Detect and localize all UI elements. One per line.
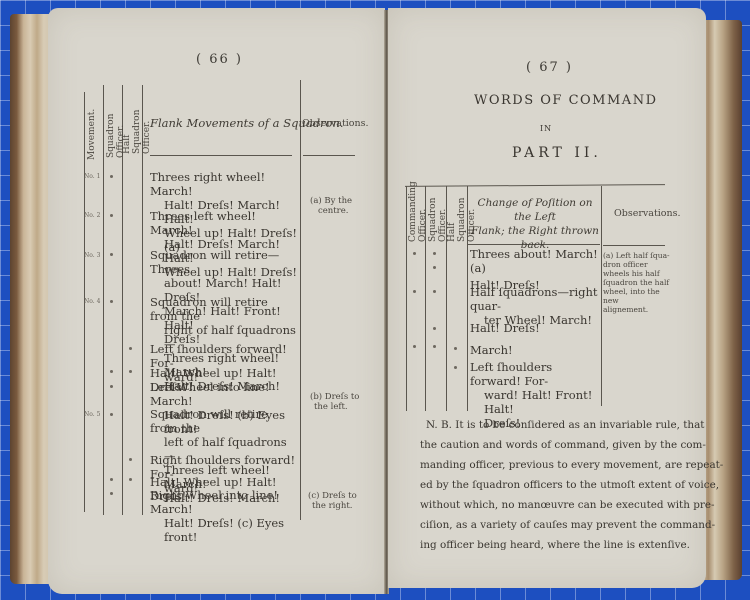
header-squadron-officer: Squadron Officer. bbox=[428, 190, 446, 242]
movement-number: No. 3 bbox=[84, 252, 100, 259]
observation-note: (b) Dreſs to the left. bbox=[310, 392, 359, 412]
right-table-rule bbox=[406, 186, 407, 411]
squadron-officer-mark bbox=[433, 252, 436, 255]
squadron-officer-mark bbox=[110, 370, 113, 373]
half-squadron-officer-mark bbox=[454, 347, 457, 350]
movement-number: No. 1 bbox=[84, 173, 100, 180]
command-line: Squadron will retire—Threes bbox=[150, 248, 279, 276]
squadron-officer-mark bbox=[433, 290, 436, 293]
right-header-rule bbox=[603, 245, 665, 246]
movement-number: No. 4 bbox=[84, 298, 100, 305]
note-line: centre. bbox=[310, 206, 352, 216]
paragraph-line: manding officer, previous to every movem… bbox=[420, 455, 682, 475]
squadron-officer-mark bbox=[110, 253, 113, 256]
paragraph-line: ing officer being heard, where the line … bbox=[420, 535, 682, 555]
section-title-in: IN bbox=[540, 124, 552, 133]
section-part: PART II. bbox=[512, 145, 602, 161]
squadron-officer-mark bbox=[110, 385, 113, 388]
command-entry: March! bbox=[470, 343, 600, 357]
left-page-number: ( 66 ) bbox=[196, 52, 243, 67]
squadron-officer-mark bbox=[110, 492, 113, 495]
note-line: (b) Dreſs to bbox=[310, 392, 359, 402]
paragraph-line: ciſion, as a variety of cauſes may preve… bbox=[420, 515, 682, 535]
left-observations-header: Observations. bbox=[302, 118, 369, 129]
command-line: Squadron will retire from the bbox=[150, 295, 268, 323]
squadron-officer-mark bbox=[110, 214, 113, 217]
note-line: the left. bbox=[310, 402, 359, 412]
squadron-officer-mark bbox=[433, 345, 436, 348]
observation-note: (a) By the centre. bbox=[310, 196, 352, 216]
right-page-number: ( 67 ) bbox=[526, 60, 573, 75]
command-line: Threes right wheel! March! bbox=[150, 170, 265, 198]
movement-number: No. 5 bbox=[84, 411, 100, 418]
title-line: Flank; the Right thrown bbox=[470, 224, 600, 238]
header-half-squadron-officer: Half Squadron Officer. bbox=[447, 186, 467, 242]
command-line: Half ſquadrons—right quar- bbox=[470, 285, 600, 313]
paragraph-line: without which, no manœuvre can be execut… bbox=[420, 495, 682, 515]
left-table-rule bbox=[300, 80, 301, 520]
book-page-edges-right bbox=[700, 20, 742, 580]
observation-note: (a) Left half ſqua- dron officer wheels … bbox=[603, 251, 675, 314]
command-entry: Right Wheel into line! March! Halt! Dreſ… bbox=[150, 488, 298, 544]
right-observations-header: Observations. bbox=[614, 208, 681, 219]
half-squadron-officer-mark bbox=[129, 347, 132, 350]
header-commanding-officer: Commanding Officer. bbox=[408, 190, 426, 242]
commanding-officer-mark bbox=[413, 345, 416, 348]
commanding-officer-mark bbox=[413, 290, 416, 293]
command-line: March! bbox=[470, 343, 513, 357]
command-line: Squadron will retire from the bbox=[150, 407, 268, 435]
title-line: Change of Poſition on the Left bbox=[470, 196, 600, 224]
left-header-rule bbox=[303, 155, 355, 156]
note-line: alignement. bbox=[603, 305, 675, 314]
command-line: Left ſhoulders forward! For- bbox=[470, 360, 602, 388]
half-squadron-officer-mark bbox=[454, 366, 457, 369]
paragraph-line: ed by the ſquadron officers to the utmoſ… bbox=[420, 475, 682, 495]
left-header-rule bbox=[150, 155, 292, 156]
header-half-squadron-officer: Half Squadron Officer. bbox=[122, 92, 142, 154]
paragraph-line: the caution and words of command, given … bbox=[420, 435, 682, 455]
command-line: Right Wheel into line! March! bbox=[150, 488, 278, 516]
open-book: ( 66 ) Movement. Squadron Officer. Half … bbox=[0, 0, 750, 600]
command-line: ward! Halt! Front! Halt! bbox=[470, 388, 602, 416]
command-line: Halt! Dreſs! (c) Eyes front! bbox=[150, 516, 298, 544]
squadron-officer-mark bbox=[110, 175, 113, 178]
command-line: Threes about! March! (a) bbox=[470, 247, 600, 275]
note-line: (c) Dreſs to bbox=[308, 491, 357, 501]
command-line: Left Wheel into line! March! bbox=[150, 380, 270, 408]
squadron-officer-mark bbox=[433, 327, 436, 330]
right-table-title: Change of Poſition on the Left Flank; th… bbox=[470, 196, 600, 252]
note-line: ſquadron the half bbox=[603, 278, 675, 287]
half-squadron-officer-mark bbox=[129, 370, 132, 373]
section-title: WORDS OF COMMAND bbox=[474, 93, 658, 108]
movement-number: No. 2 bbox=[84, 212, 100, 219]
squadron-officer-mark bbox=[110, 300, 113, 303]
squadron-officer-mark bbox=[110, 478, 113, 481]
note-line: wheels his half bbox=[603, 269, 675, 278]
header-movement: Movement. bbox=[87, 100, 97, 160]
commanding-officer-mark bbox=[413, 252, 416, 255]
squadron-officer-mark bbox=[433, 266, 436, 269]
observation-note: (c) Dreſs to the right. bbox=[308, 491, 357, 511]
half-squadron-officer-mark bbox=[129, 458, 132, 461]
half-squadron-officer-mark bbox=[129, 478, 132, 481]
command-line: Halt! Dreſs! bbox=[470, 321, 540, 335]
command-line: Threes left wheel! March! bbox=[150, 209, 256, 237]
command-entry: Halt! Dreſs! bbox=[470, 321, 600, 335]
note-line: (a) Left half ſqua- bbox=[603, 251, 675, 260]
note-line: dron officer bbox=[603, 260, 675, 269]
note-line: wheel, into the new bbox=[603, 287, 675, 305]
note-line: the right. bbox=[308, 501, 357, 511]
left-table-rule bbox=[103, 85, 104, 515]
squadron-officer-mark bbox=[110, 413, 113, 416]
nb-paragraph: N. B. It is to be conſidered as an invar… bbox=[420, 415, 682, 555]
paragraph-line: N. B. It is to be conſidered as an invar… bbox=[420, 415, 682, 435]
note-line: (a) By the bbox=[310, 196, 352, 206]
